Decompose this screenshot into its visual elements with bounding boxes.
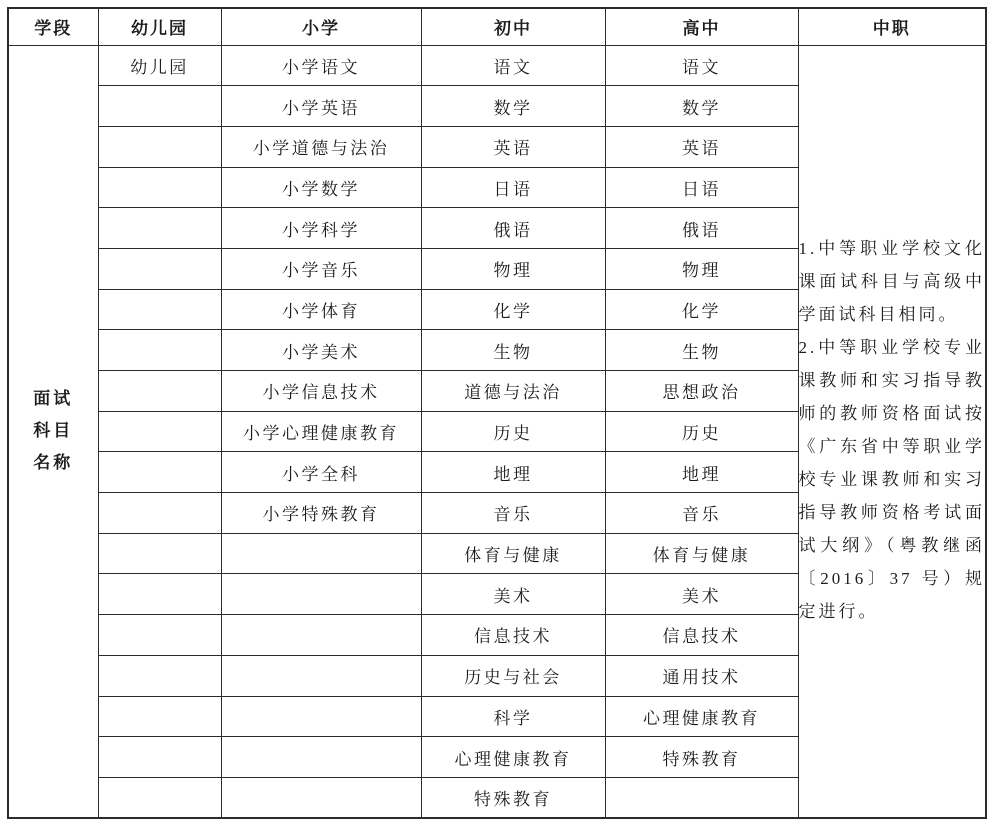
- subject-cell: 美术: [421, 574, 605, 615]
- subject-cell: 道德与法治: [421, 371, 605, 412]
- subject-cell: 历史与社会: [421, 655, 605, 696]
- subject-cell: 历史: [605, 411, 798, 452]
- subject-cell: [98, 371, 221, 412]
- subject-cell: 小学科学: [221, 208, 421, 249]
- subject-cell: 心理健康教育: [605, 696, 798, 737]
- subject-cell: 小学英语: [221, 86, 421, 127]
- subject-cell: [98, 655, 221, 696]
- subject-cell: 物理: [421, 248, 605, 289]
- subject-cell: 小学心理健康教育: [221, 411, 421, 452]
- subject-cell: [98, 452, 221, 493]
- subject-cell: [221, 696, 421, 737]
- subject-cell: [221, 615, 421, 656]
- subject-cell: 科学: [421, 696, 605, 737]
- subject-cell: [221, 533, 421, 574]
- subject-cell: 小学特殊教育: [221, 493, 421, 534]
- document-page: 学段 幼儿园 小学 初中 高中 中职 面试科目名称幼儿园小学语文语文语文1.中等…: [0, 0, 991, 819]
- subject-cell: [221, 574, 421, 615]
- subject-cell: [98, 289, 221, 330]
- subject-cell: 心理健康教育: [421, 737, 605, 778]
- subject-cell: 英语: [605, 126, 798, 167]
- subject-cell: 语文: [605, 45, 798, 86]
- subject-cell: 小学道德与法治: [221, 126, 421, 167]
- row-group-label-cell: 面试科目名称: [8, 45, 98, 818]
- subject-cell: 数学: [605, 86, 798, 127]
- table-body: 面试科目名称幼儿园小学语文语文语文1.中等职业学校文化课面试科目与高级中学面试科…: [8, 45, 986, 818]
- subject-cell: 化学: [605, 289, 798, 330]
- subject-cell: 生物: [421, 330, 605, 371]
- column-header-primary-school: 小学: [221, 8, 421, 45]
- subject-cell: 小学数学: [221, 167, 421, 208]
- subject-cell: 小学全科: [221, 452, 421, 493]
- subject-cell: 俄语: [421, 208, 605, 249]
- subject-cell: [98, 777, 221, 818]
- subject-cell: [221, 737, 421, 778]
- subject-cell: 生物: [605, 330, 798, 371]
- subject-cell: [98, 615, 221, 656]
- subject-cell: 物理: [605, 248, 798, 289]
- column-header-stage: 学段: [8, 8, 98, 45]
- subject-cell: [98, 167, 221, 208]
- column-header-vocational: 中职: [798, 8, 986, 45]
- subject-cell: 体育与健康: [421, 533, 605, 574]
- subject-cell: 体育与健康: [605, 533, 798, 574]
- note-paragraph: 1.中等职业学校文化课面试科目与高级中学面试科目相同。: [799, 233, 986, 332]
- subject-cell: 美术: [605, 574, 798, 615]
- subject-cell: 特殊教育: [421, 777, 605, 818]
- subject-cell: 语文: [421, 45, 605, 86]
- subject-cell: [98, 330, 221, 371]
- stage-label-line: 面试: [9, 383, 98, 415]
- interview-subjects-table: 学段 幼儿园 小学 初中 高中 中职 面试科目名称幼儿园小学语文语文语文1.中等…: [7, 7, 987, 819]
- subject-cell: 小学体育: [221, 289, 421, 330]
- subject-cell: [98, 493, 221, 534]
- subject-cell: 日语: [605, 167, 798, 208]
- subject-cell: 历史: [421, 411, 605, 452]
- subject-cell: [98, 696, 221, 737]
- subject-cell: [98, 574, 221, 615]
- subject-cell: 日语: [421, 167, 605, 208]
- subject-cell: 特殊教育: [605, 737, 798, 778]
- subject-cell: [98, 248, 221, 289]
- subject-cell: [98, 86, 221, 127]
- subject-cell: [98, 533, 221, 574]
- subject-cell: 地理: [421, 452, 605, 493]
- subject-cell: [98, 126, 221, 167]
- subject-cell: 小学美术: [221, 330, 421, 371]
- subject-cell: 小学语文: [221, 45, 421, 86]
- stage-label-line: 科目: [9, 415, 98, 447]
- subject-cell: 音乐: [605, 493, 798, 534]
- subject-cell: 地理: [605, 452, 798, 493]
- subject-cell: [221, 655, 421, 696]
- subject-cell: 俄语: [605, 208, 798, 249]
- subject-cell: 幼儿园: [98, 45, 221, 86]
- column-header-senior-high: 高中: [605, 8, 798, 45]
- column-header-junior-high: 初中: [421, 8, 605, 45]
- note-paragraph: 2.中等职业学校专业课教师和实习指导教师的教师资格面试按《广东省中等职业学校专业…: [799, 332, 986, 629]
- subject-cell: 小学信息技术: [221, 371, 421, 412]
- subject-cell: [98, 208, 221, 249]
- subject-cell: 音乐: [421, 493, 605, 534]
- subject-cell: [605, 777, 798, 818]
- subject-cell: 化学: [421, 289, 605, 330]
- subject-cell: [98, 411, 221, 452]
- table-row: 面试科目名称幼儿园小学语文语文语文1.中等职业学校文化课面试科目与高级中学面试科…: [8, 45, 986, 86]
- subject-cell: 思想政治: [605, 371, 798, 412]
- subject-cell: 数学: [421, 86, 605, 127]
- table-header-row: 学段 幼儿园 小学 初中 高中 中职: [8, 8, 986, 45]
- subject-cell: 小学音乐: [221, 248, 421, 289]
- vocational-note-cell: 1.中等职业学校文化课面试科目与高级中学面试科目相同。2.中等职业学校专业课教师…: [798, 45, 986, 818]
- column-header-kindergarten: 幼儿园: [98, 8, 221, 45]
- subject-cell: 通用技术: [605, 655, 798, 696]
- subject-cell: [98, 737, 221, 778]
- subject-cell: 英语: [421, 126, 605, 167]
- subject-cell: 信息技术: [605, 615, 798, 656]
- subject-cell: 信息技术: [421, 615, 605, 656]
- subject-cell: [221, 777, 421, 818]
- stage-label-line: 名称: [9, 447, 98, 479]
